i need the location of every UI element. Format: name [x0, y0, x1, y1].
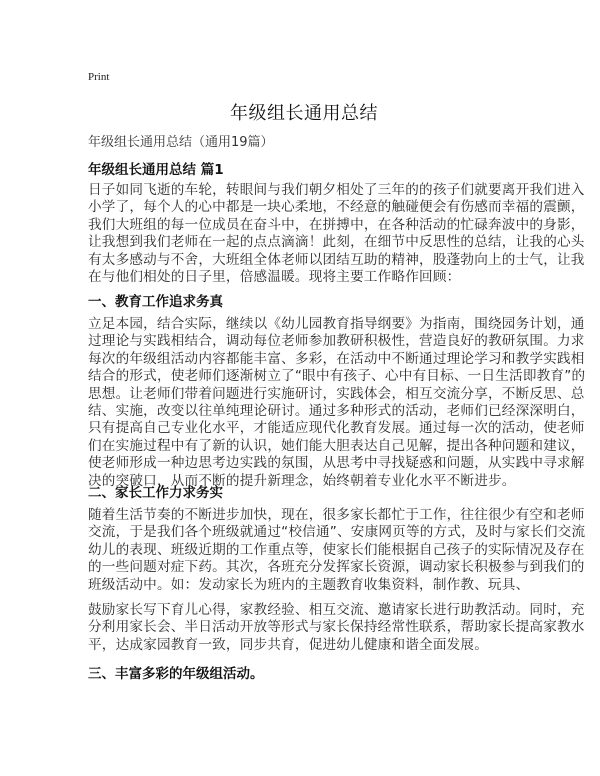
print-label: Print: [88, 71, 109, 83]
section-parents-paragraph-1: 随着生活节奏的不断进步加快，现在，很多家长都忙于工作，往往很少有空和老师 交流，…: [88, 507, 528, 594]
text-line: 交流，于是我们各个班级就通过“校信通”、安康网页等的方式，及时与家长们交流: [88, 524, 528, 541]
text-line: 使老师形成一种边思考边实践的氛围，从思考中寻找疑惑和问题，从实践中寻求解: [88, 455, 528, 472]
text-line: 的一些问题对症下药。其次，各班充分发挥家长资源，调动家长积极参与到我们的: [88, 559, 528, 576]
document-subtitle: 年级组长通用总结（通用19篇）: [88, 131, 274, 150]
text-line: 幼儿的表现、班级近期的工作重点等，使家长们能根据自己孩子的实际情况及存在: [88, 542, 528, 559]
intro-paragraph: 日子如同飞逝的车轮，转眼间与我们朝夕相处了三年的的孩子们就要离开我们进入 小学了…: [88, 182, 528, 286]
text-line: 日子如同飞逝的车轮，转眼间与我们朝夕相处了三年的的孩子们就要离开我们进入: [88, 182, 528, 199]
document-title: 年级组长通用总结: [0, 99, 600, 125]
section-education-paragraph: 立足本园，结合实际，继续以《幼儿园教育指导纲要》为指南，围绕园务计划，通 过理论…: [88, 316, 528, 490]
text-line: 们在实施过程中有了新的认识，她们能大胆表达自己见解，提出各种问题和建议，: [88, 438, 528, 455]
article-heading: 年级组长通用总结 篇1: [88, 158, 224, 178]
text-line: 思想。让老师们带着问题进行实施研讨，实践体会，相互交流分享，不断反思、总: [88, 386, 528, 403]
text-line: 小学了，每个人的心中都是一块心柔地，不经意的触碰便会有伤感而幸福的震颤，: [88, 199, 528, 216]
text-line: 有太多感动与不舍，大班组全体老师以团结互助的精神，股蓬勃向上的士气，让我: [88, 252, 528, 269]
text-line: 结、实施，改变以往单纯理论研讨。通过多种形式的活动，老师们已经深深明白，: [88, 403, 528, 420]
text-line: 分利用家长会、半日活动开放等形式与家长保持经常性联系，帮助家长提高家教水: [88, 619, 528, 636]
text-line: 过理论与实践相结合，调动每位老师参加教研积极性，营造良好的教研氛围。力求: [88, 333, 528, 350]
text-line: 鼓励家长写下育儿心得，家教经验、相互交流、邀请家长进行助教活动。同时，充: [88, 602, 528, 619]
text-line: 班级活动中。如：发动家长为班内的主题教育收集资料，制作教、玩具、: [88, 577, 528, 594]
text-line: 只有提高自己专业化水平，才能适应现代化教育发展。通过每一次的活动，使老师: [88, 420, 528, 437]
section-heading-activities: 三、丰富多彩的年级组活动。: [88, 662, 264, 682]
text-line: 结合的形式，使老师们逐渐树立了“眼中有孩子、心中有目标、一日生活即教育”的: [88, 368, 528, 385]
text-line: 让我想到我们老师在一起的点点滴滴！此刻，在细节中反思性的总结，让我的心头: [88, 234, 528, 251]
document-page: Print 年级组长通用总结 年级组长通用总结（通用19篇） 年级组长通用总结 …: [0, 0, 600, 776]
text-line: 每次的年级组活动内容都能丰富、多彩，在活动中不断通过理论学习和教学实践相: [88, 351, 528, 368]
section-heading-education: 一、教育工作追求务真: [88, 290, 223, 310]
section-parents-paragraph-2: 鼓励家长写下育儿心得，家教经验、相互交流、邀请家长进行助教活动。同时，充 分利用…: [88, 602, 528, 654]
text-line: 我们大班组的每一位成员在奋斗中，在拼搏中，在各种活动的忙碌奔波中的身影，: [88, 217, 528, 234]
section-heading-parents: 二、家长工作力求务实: [88, 481, 223, 501]
text-line: 立足本园，结合实际，继续以《幼儿园教育指导纲要》为指南，围绕园务计划，通: [88, 316, 528, 333]
text-line: 随着生活节奏的不断进步加快，现在，很多家长都忙于工作，往往很少有空和老师: [88, 507, 528, 524]
text-line: 平，达成家园教育一致，同步共育，促进幼儿健康和谐全面发展。: [88, 637, 528, 654]
text-line: 在与他们相处的日子里，倍感温暖。现将主要工作略作回顾：: [88, 269, 528, 286]
